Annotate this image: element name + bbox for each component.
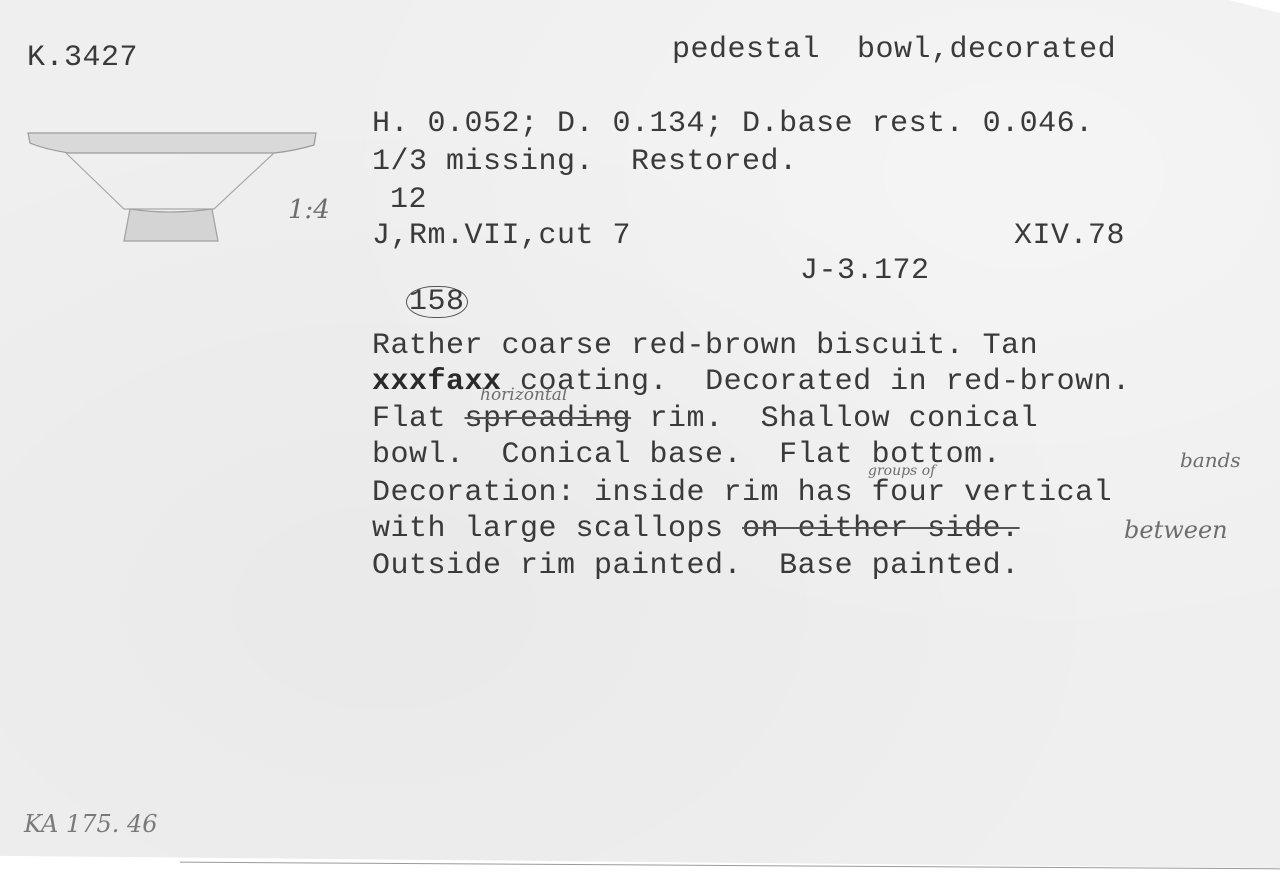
margin-note-bands: bands bbox=[1180, 450, 1241, 470]
date-code: XIV.78 bbox=[1014, 221, 1125, 251]
description-line-5: Decoration: inside rim has four vertical bbox=[372, 478, 1112, 508]
findspot: J,Rm.VII,cut 7 bbox=[372, 221, 631, 251]
condition: 1/3 missing. Restored. bbox=[372, 147, 798, 177]
catalog-number: K.3427 bbox=[27, 43, 138, 73]
description-line-2-text: coating. Decorated in red-brown. bbox=[502, 365, 1131, 399]
circled-number-wrap: 158 bbox=[372, 256, 468, 318]
struck-spreading: spreading bbox=[465, 402, 632, 436]
line-3-rest: rim. Shallow conical bbox=[631, 402, 1038, 436]
line-6-start: with large scallops bbox=[372, 512, 742, 546]
number-12: 12 bbox=[390, 185, 427, 215]
line-3-start: Flat bbox=[372, 402, 465, 436]
description-line-1: Rather coarse red-brown biscuit. Tan bbox=[372, 331, 1038, 361]
struck-either-side: on either side. bbox=[742, 512, 1020, 546]
scale-note: 1:4 bbox=[288, 197, 330, 223]
ref-code: J-3.172 bbox=[800, 256, 930, 286]
bowl-profile-drawing bbox=[24, 125, 324, 250]
archive-reference: KA 175. 46 bbox=[24, 812, 158, 836]
description-line-3: Flat spreading rim. Shallow conical bbox=[372, 404, 1038, 434]
insert-between: between bbox=[1124, 518, 1228, 542]
description-line-6: with large scallops on either side. bbox=[372, 514, 1020, 544]
dimensions: H. 0.052; D. 0.134; D.base rest. 0.046. bbox=[372, 109, 1094, 139]
object-title: pedestal bowl,decorated bbox=[672, 35, 1116, 65]
circled-number: 158 bbox=[406, 286, 468, 318]
description-line-7: Outside rim painted. Base painted. bbox=[372, 551, 1020, 581]
